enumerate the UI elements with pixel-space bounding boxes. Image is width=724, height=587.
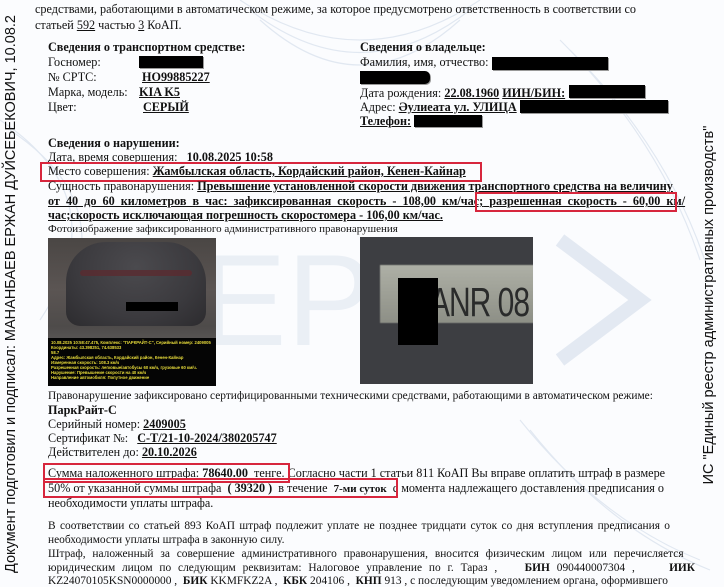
srts-label: № СРТС: [48, 70, 97, 85]
fine-row-2: 50% от указанной суммы штрафа ( 39320 ) … [48, 481, 664, 497]
bin-value: 090440007304 , [557, 562, 635, 574]
iik-value: KZ24070105KSN0000000 , [48, 575, 177, 587]
intro-line-2: статьей 592 частью 3 КоАП. [35, 18, 182, 33]
violation-heading: Сведения о нарушении: [48, 136, 180, 151]
photo-caption: Фотоизображение зафиксированного админис… [48, 222, 398, 237]
essence-row-1: Сущность правонарушения: Превышение уста… [48, 179, 673, 194]
fine-text: в течение [278, 481, 327, 495]
bik-label: БИК [183, 575, 208, 587]
redacted-plate [139, 56, 203, 68]
fine-text: с момента надлежащего доставления предпи… [393, 481, 664, 495]
address-row: Адрес: Әулиеата ул. УЛИЦА [360, 100, 517, 115]
bin-label: БИН [525, 562, 550, 574]
plate-visible-text: ANR 08 [430, 281, 529, 327]
kbk-value: 204106 , [310, 575, 350, 587]
redacted-address [520, 100, 668, 113]
fine-sum-value: 78640.00 [202, 466, 248, 480]
dob-value: 22.08.1960 [444, 86, 499, 100]
cert-value: С-Т/21-10-2024/380205747 [137, 431, 276, 445]
model-value: KIA K5 [139, 85, 180, 100]
fine-half-value: ( 39320 ) [227, 481, 272, 495]
valid-label: Действителен до: [48, 445, 139, 459]
datetime-row: Дата, время совершения: 10.08.2025 10:58 [48, 150, 273, 165]
essence-text: Превышение установленной скорости движен… [197, 179, 673, 193]
signer-text: Документ подготовил и подписал: МАНАНБАЕ… [3, 15, 19, 573]
redacted-car-plate [126, 302, 178, 311]
payment-p2-line3: KZ24070105KSN0000000 , БИК KKMFKZ2A , КБ… [48, 574, 668, 587]
intro-line-1: средствами, работающими в автоматическом… [35, 2, 636, 17]
plate-label: Госномер: [48, 55, 101, 70]
fine-currency: тенге. [254, 466, 285, 480]
essence-row-3: час;скорость исключающая погрешность ско… [48, 208, 443, 223]
dob-label: Дата рождения: [360, 86, 441, 100]
recorded-speed: от 40 до 60 километров в час: зафиксиров… [48, 194, 483, 208]
device-name: ПаркРайт-С [48, 403, 117, 418]
cert-row: Сертификат №: С-Т/21-10-2024/380205747 [48, 431, 277, 446]
payment-p1-line2: необходимости уплаты штрафа в законную с… [48, 533, 284, 548]
knp-label: КНП [356, 575, 382, 587]
fine-sum-label: Сумма наложенного штрафа: [48, 466, 199, 480]
color-value: СЕРЫЙ [143, 100, 189, 115]
device-intro: Правонарушение зафиксировано сертифициро… [48, 389, 653, 404]
payment-p2-line1: Штраф, наложенный за совершение админист… [48, 547, 684, 562]
owner-name-label: Фамилия, имя, отчество: [360, 55, 489, 70]
cert-label: Сертификат №: [48, 431, 128, 445]
owner-heading: Сведения о владельце: [360, 40, 486, 55]
intro-text: КоАП. [144, 18, 181, 32]
fine-days: 7-ми суток [334, 483, 387, 495]
redacted-plate-region [398, 278, 438, 345]
serial-value: 2409005 [143, 417, 186, 431]
redacted-owner-name [492, 57, 608, 70]
fine-row-3: необходимости уплаты штрафа. [48, 496, 213, 511]
model-label: Марка, модель: [48, 85, 128, 100]
datetime-value: 10.08.2025 10:58 [187, 150, 273, 164]
phone-label: Телефон: [360, 114, 411, 129]
camera-overlay: 10.08.2025 10:58:47.475, Комплекс: "ПАРК… [48, 338, 216, 386]
violation-photo-car[interactable]: 10.08.2025 10:58:47.475, Комплекс: "ПАРК… [48, 238, 216, 386]
iik-label: ИИК [669, 562, 695, 574]
violation-photo-plate[interactable]: ANR 08 [360, 237, 533, 384]
redacted-phone [414, 115, 482, 127]
essence-label: Сущность правонарушения: [48, 179, 194, 193]
allowed-speed: разрешенная скорость - 60,00 км/ [489, 194, 685, 208]
address-label: Адрес: [360, 100, 396, 114]
intro-text: статьей [35, 18, 77, 32]
place-value: Жамбылская область, Кордайский район, Ке… [153, 164, 466, 178]
redacted-owner-name-cont [360, 71, 430, 84]
payment-text: юридическим лицом по следующим реквизита… [48, 562, 497, 574]
system-name-text: ИС "Единый реестр административных произ… [701, 126, 717, 485]
iin-label: ИИН/БИН: [502, 86, 565, 100]
valid-row: Действителен до: 20.10.2026 [48, 445, 197, 460]
dob-row: Дата рождения: 22.08.1960 ИИН/БИН: [360, 86, 565, 101]
address-value: Әулиеата ул. УЛИЦА [399, 100, 517, 114]
overlay-line: Направление автомобиля: Попутное движени… [51, 375, 213, 380]
vehicle-heading: Сведения о транспортном средстве: [48, 40, 245, 55]
taillight [80, 270, 192, 276]
redacted-iin [569, 85, 645, 98]
datetime-label: Дата, время совершения: [48, 150, 178, 164]
fine-text: Согласно части 1 статьи 811 КоАП Вы впра… [288, 466, 665, 480]
fine-row-1: Сумма наложенного штрафа: 78640.00 тенге… [48, 466, 665, 481]
fine-text: 50% от указанной суммы штрафа [48, 481, 221, 495]
color-label: Цвет: [48, 100, 77, 115]
valid-value: 20.10.2026 [142, 445, 197, 459]
place-row: Место совершения: Жамбылская область, Ко… [48, 164, 466, 179]
place-label: Место совершения: [48, 164, 150, 178]
serial-row: Серийный номер: 2409005 [48, 417, 186, 432]
serial-label: Серийный номер: [48, 417, 140, 431]
car-image [66, 242, 206, 326]
payment-p1-line1: В соответствии со статьей 893 КоАП штраф… [48, 519, 670, 534]
system-stamp-right: ИС "Единый реестр административных произ… [694, 60, 724, 550]
signature-stamp-left: Документ подготовил и подписал: МАНАНБАЕ… [0, 0, 24, 587]
essence-row-2: от 40 до 60 километров в час: зафиксиров… [48, 194, 685, 209]
article-number: 592 [77, 18, 95, 32]
kbk-label: КБК [283, 575, 307, 587]
intro-text: частью [95, 18, 138, 32]
bik-value: KKMFKZ2A , [210, 575, 277, 587]
srts-value: НО99885227 [142, 70, 210, 85]
knp-value: 913 , с последующим уведомлением органа,… [384, 575, 667, 587]
